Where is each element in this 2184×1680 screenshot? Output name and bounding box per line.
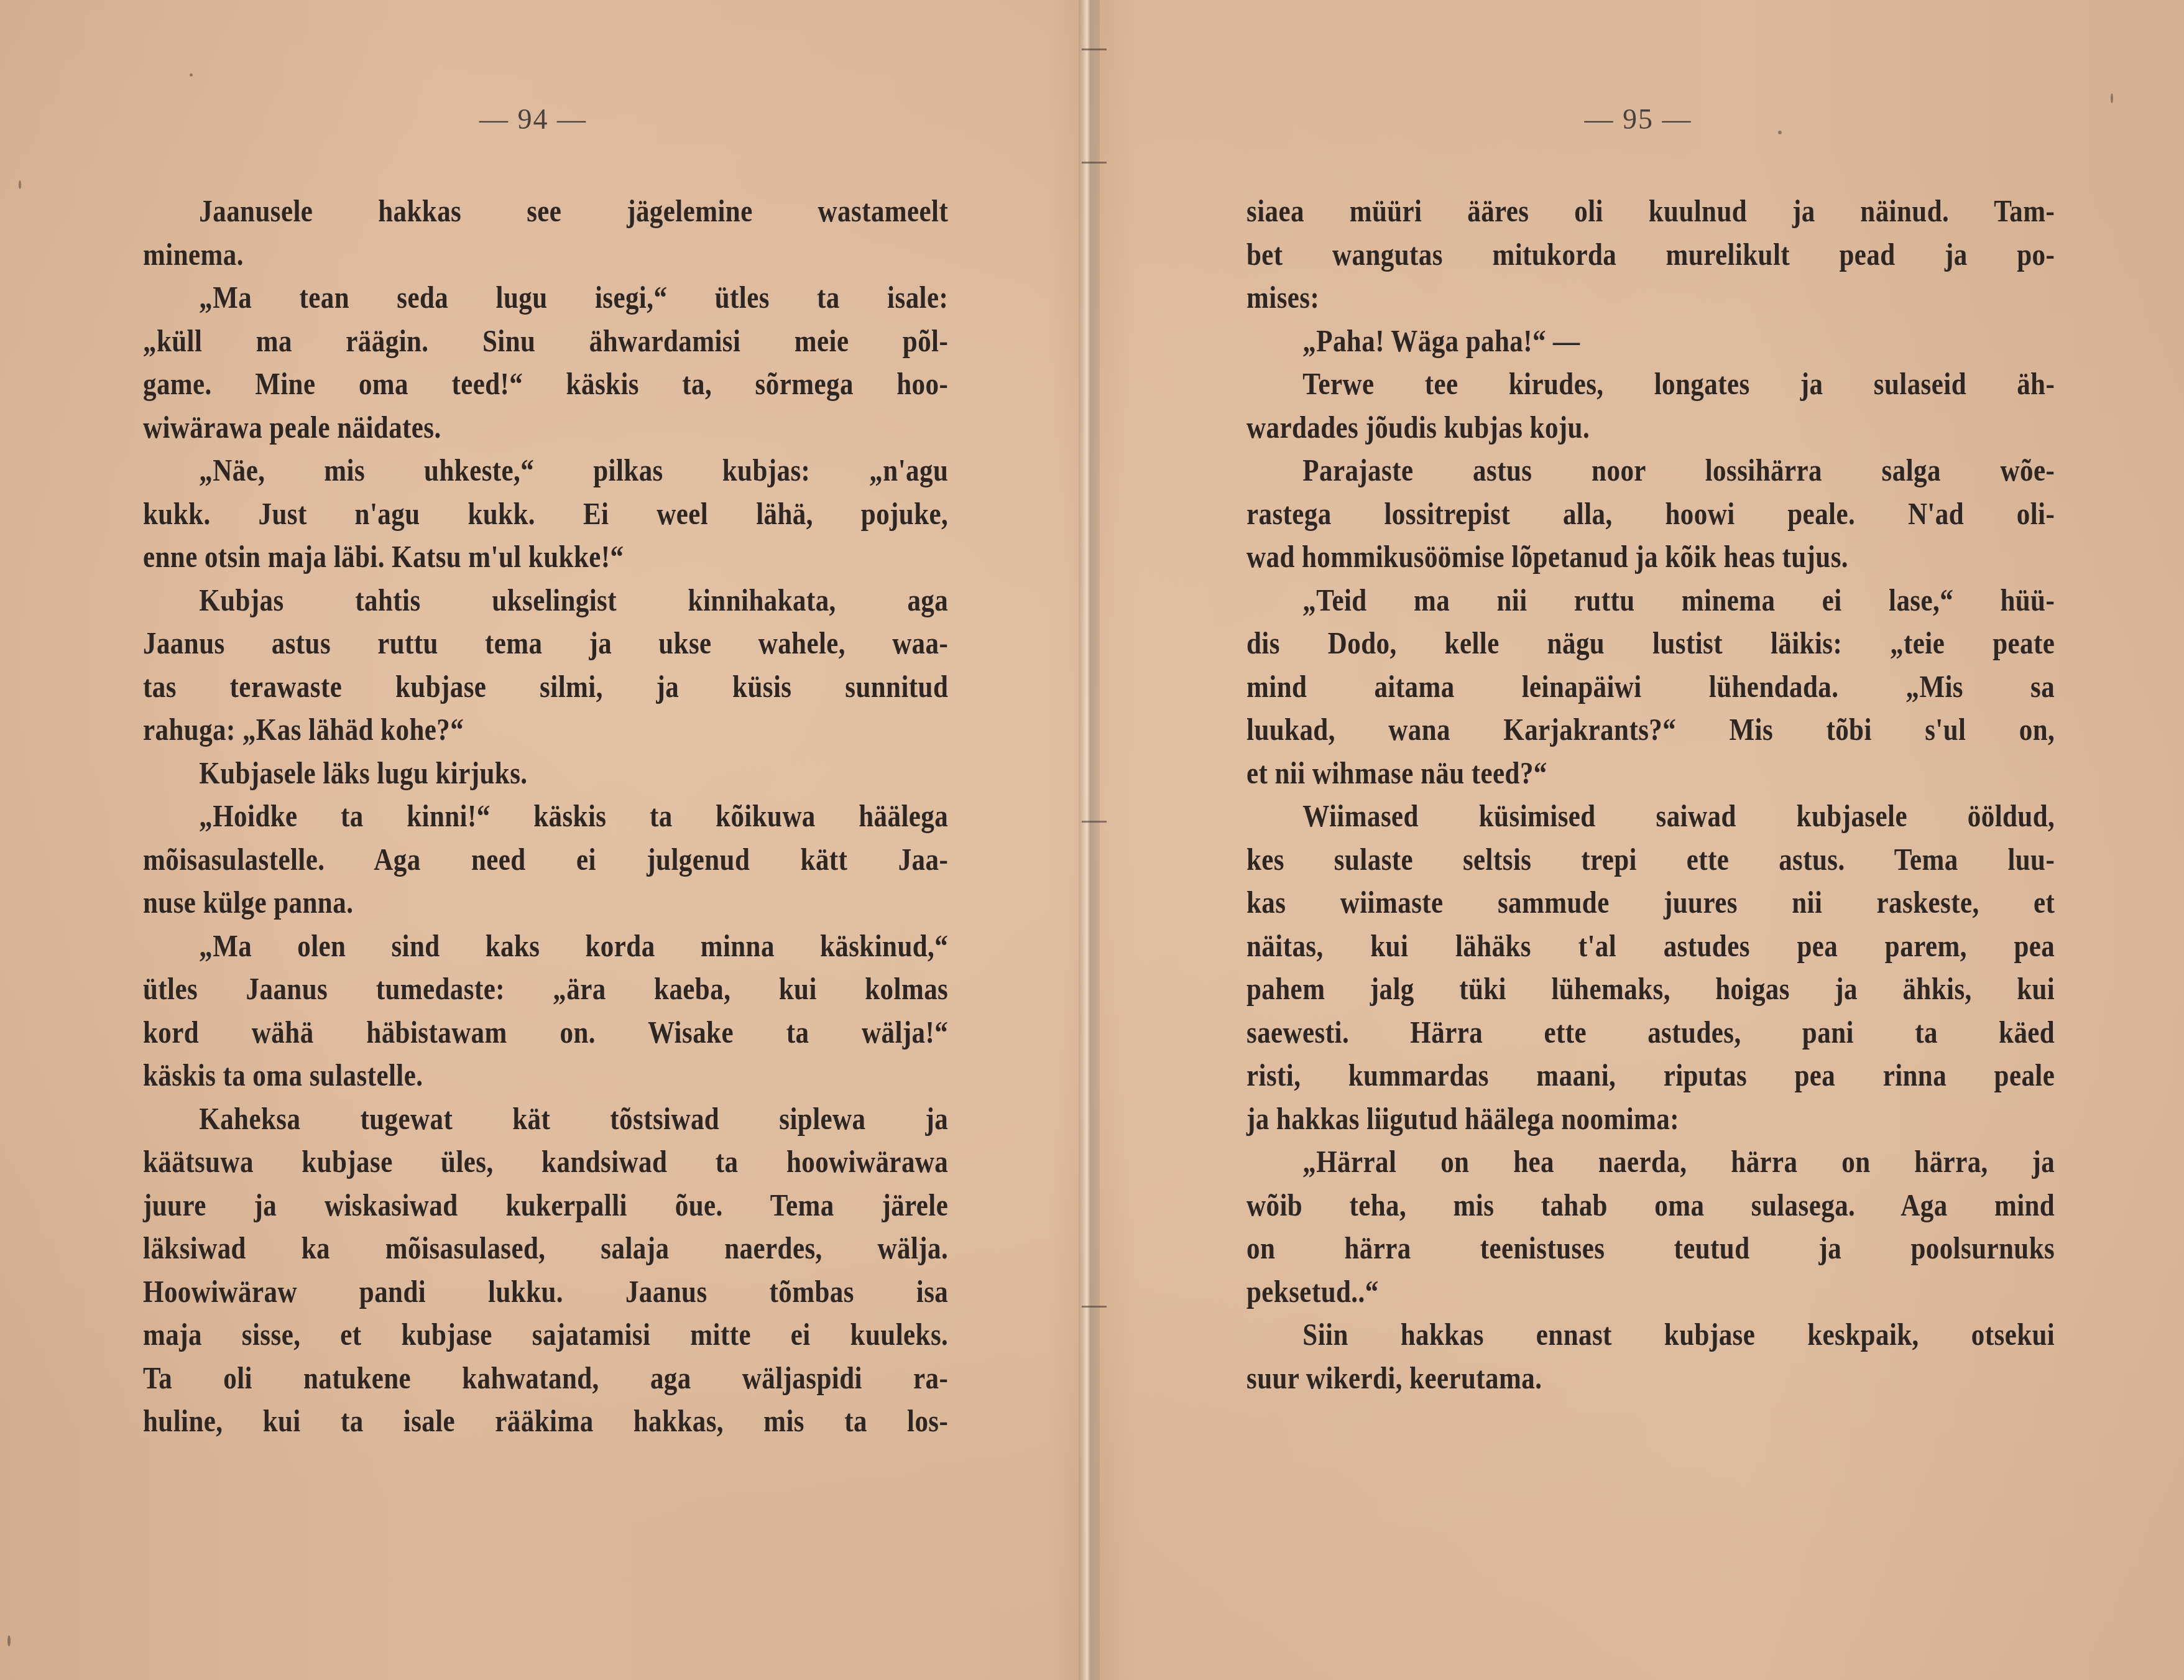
gutter-stitch-mark — [1082, 48, 1107, 50]
right-page-text: siaea müüri ääres oli kuulnud ja näinud.… — [1246, 190, 2055, 1400]
text-line: risti, kummardas maani, riputas pea rinn… — [1246, 1054, 2055, 1097]
text-line: „Paha! Wäga paha!“ — — [1246, 320, 2055, 363]
text-line: mises: — [1246, 276, 2055, 320]
text-line: käskis ta oma sulastelle. — [143, 1054, 948, 1097]
text-line: mind aitama leinapäiwi lühendada. „Mis s… — [1246, 665, 2055, 709]
text-line: tas terawaste kubjase silmi, ja küsis su… — [143, 665, 948, 709]
gutter-stitch-mark — [1082, 162, 1107, 164]
text-line: rahuga: „Kas lähäd kohe?“ — [143, 708, 948, 752]
text-line: wardades jõudis kubjas koju. — [1246, 406, 2055, 450]
text-line: kas wiimaste sammude juures nii raskeste… — [1246, 881, 2055, 925]
page-number-right: — 95 — — [1246, 103, 2055, 136]
text-line: enne otsin maja läbi. Katsu m'ul kukke!“ — [143, 535, 948, 579]
text-line: Jaanus astus ruttu tema ja ukse wahele, … — [143, 622, 948, 665]
paper-speck — [190, 73, 193, 76]
right-page: — 95 — siaea müüri ääres oli kuulnud ja … — [1246, 0, 2055, 1680]
text-line: Parajaste astus noor lossihärra salga wõ… — [1246, 449, 2055, 492]
text-line: ütles Jaanus tumedaste: „ära kaeba, kui … — [143, 967, 948, 1011]
book-spread: — 94 — Jaanusele hakkas see jägelemine w… — [0, 0, 2184, 1680]
text-line: nuse külge panna. — [143, 881, 948, 925]
text-line: Wiimased küsimised saiwad kubjasele ööld… — [1246, 795, 2055, 838]
text-line: suur wikerdi, keerutama. — [1246, 1357, 2055, 1400]
text-line: game. Mine oma teed!“ käskis ta, sõrmega… — [143, 362, 948, 406]
text-line: Ta oli natukene kahwatand, aga wäljaspid… — [143, 1357, 948, 1400]
text-line: Terwe tee kirudes, longates ja sulaseid … — [1246, 362, 2055, 406]
text-line: bet wangutas mitukorda murelikult pead j… — [1246, 233, 2055, 277]
text-line: siaea müüri ääres oli kuulnud ja näinud.… — [1246, 190, 2055, 233]
gutter-stitch-mark — [1082, 1306, 1107, 1308]
text-line: kord wähä häbistawam on. Wisake ta wälja… — [143, 1011, 948, 1055]
book-gutter — [1079, 0, 1100, 1680]
text-line: Hoowiwäraw pandi lukku. Jaanus tõmbas is… — [143, 1270, 948, 1314]
text-line: peksetud..“ — [1246, 1270, 2055, 1314]
text-line: „Näe, mis uhkeste,“ pilkas kubjas: „n'ag… — [143, 449, 948, 492]
text-line: minema. — [143, 233, 948, 277]
text-line: on härra teenistuses teutud ja poolsurnu… — [1246, 1227, 2055, 1270]
text-line: Kubjasele läks lugu kirjuks. — [143, 752, 948, 795]
text-line: „Teid ma nii ruttu minema ei lase,“ hüü- — [1246, 579, 2055, 622]
text-line: ja hakkas liigutud häälega noomima: — [1246, 1097, 2055, 1141]
text-line: luukad, wana Karjakrants?“ Mis tõbi s'ul… — [1246, 708, 2055, 752]
text-line: Jaanusele hakkas see jägelemine wastamee… — [143, 190, 948, 233]
paper-speck — [1778, 131, 1782, 134]
paper-speck — [19, 180, 21, 189]
text-line: Kaheksa tugewat kät tõstsiwad siplewa ja — [143, 1097, 948, 1141]
paper-speck — [2111, 93, 2113, 103]
text-line: et nii wihmase näu teed?“ — [1246, 752, 2055, 795]
text-line: kes sulaste seltsis trepi ette astus. Te… — [1246, 838, 2055, 882]
text-line: maja sisse, et kubjase sajatamisi mitte … — [143, 1313, 948, 1357]
text-line: käätsuwa kubjase üles, kandsiwad ta hoow… — [143, 1140, 948, 1184]
text-line: läksiwad ka mõisasulased, salaja naerdes… — [143, 1227, 948, 1270]
text-line: huline, kui ta isale rääkima hakkas, mis… — [143, 1400, 948, 1443]
page-number-left: — 94 — — [143, 103, 948, 136]
text-line: saewesti. Härra ette astudes, pani ta kä… — [1246, 1011, 2055, 1055]
text-line: wiwärawa peale näidates. — [143, 406, 948, 450]
left-page-text: Jaanusele hakkas see jägelemine wastamee… — [143, 190, 948, 1443]
text-line: „Hoidke ta kinni!“ käskis ta kõikuwa hää… — [143, 795, 948, 838]
text-line: wõib teha, mis tahab oma sulasega. Aga m… — [1246, 1184, 2055, 1227]
text-line: mõisasulastelle. Aga need ei julgenud kä… — [143, 838, 948, 882]
text-line: Siin hakkas ennast kubjase keskpaik, ots… — [1246, 1313, 2055, 1357]
text-line: rastega lossitrepist alla, hoowi peale. … — [1246, 492, 2055, 536]
text-line: „Ma olen sind kaks korda minna käskinud,… — [143, 925, 948, 968]
text-line: juure ja wiskasiwad kukerpalli õue. Tema… — [143, 1184, 948, 1227]
gutter-stitch-mark — [1082, 821, 1107, 823]
text-line: kukk. Just n'agu kukk. Ei weel lähä, poj… — [143, 492, 948, 536]
paper-speck — [7, 1635, 11, 1646]
text-line: näitas, kui lähäks t'al astudes pea pare… — [1246, 925, 2055, 968]
text-line: pahem jalg tüki lühemaks, hoigas ja ähki… — [1246, 967, 2055, 1011]
text-line: wad hommikusöömise lõpetanud ja kõik hea… — [1246, 535, 2055, 579]
left-page: — 94 — Jaanusele hakkas see jägelemine w… — [143, 0, 948, 1680]
text-line: dis Dodo, kelle nägu lustist läikis: „te… — [1246, 622, 2055, 665]
text-line: „küll ma räägin. Sinu ähwardamisi meie p… — [143, 320, 948, 363]
text-line: „Ma tean seda lugu isegi,“ ütles ta isal… — [143, 276, 948, 320]
text-line: Kubjas tahtis ukselingist kinnihakata, a… — [143, 579, 948, 622]
text-line: „Härral on hea naerda, härra on härra, j… — [1246, 1140, 2055, 1184]
